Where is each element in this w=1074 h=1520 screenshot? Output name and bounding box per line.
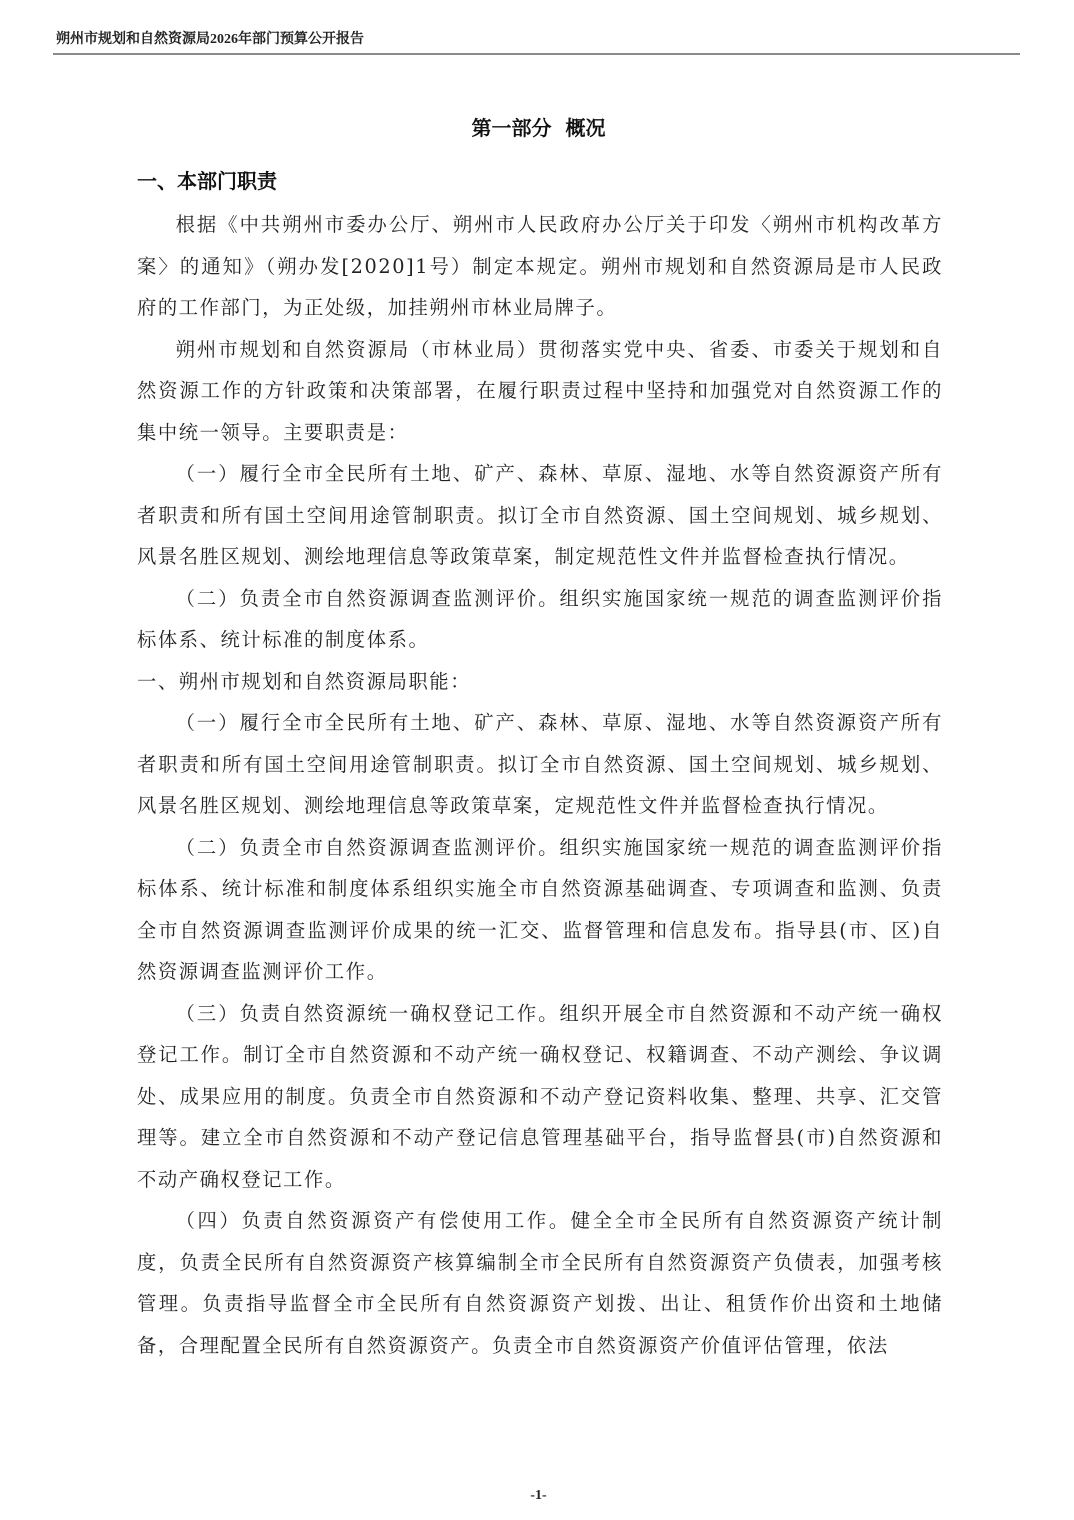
paragraph: 朔州市规划和自然资源局（市林业局）贯彻落实党中央、省委、市委关于规划和自然资源工… [137, 329, 943, 454]
section-heading: 一、本部门职责 [137, 167, 277, 195]
paragraph: （一）履行全市全民所有土地、矿产、森林、草原、湿地、水等自然资源资产所有者职责和… [137, 702, 943, 827]
paragraph: （二）负责全市自然资源调查监测评价。组织实施国家统一规范的调查监测评价指标体系、… [137, 578, 943, 661]
paragraph: （三）负责自然资源统一确权登记工作。组织开展全市自然资源和不动产统一确权登记工作… [137, 993, 943, 1201]
paragraph: 根据《中共朔州市委办公厅、朔州市人民政府办公厅关于印发〈朔州市机构改革方案〉的通… [137, 204, 943, 329]
paragraph: （四）负责自然资源资产有偿使用工作。健全全市全民所有自然资源资产统计制度，负责全… [137, 1200, 943, 1366]
subsection-heading: 一、朔州市规划和自然资源局职能： [137, 661, 943, 703]
part-title: 第一部分 概况 [0, 114, 1074, 142]
paragraph: （二）负责全市自然资源调查监测评价。组织实施国家统一规范的调查监测评价指标体系、… [137, 827, 943, 993]
running-header: 朔州市规划和自然资源局2026年部门预算公开报告 [53, 30, 1023, 50]
body-text: 根据《中共朔州市委办公厅、朔州市人民政府办公厅关于印发〈朔州市机构改革方案〉的通… [137, 204, 943, 1366]
page-number: -1- [0, 1488, 1074, 1504]
paragraph: （一）履行全市全民所有土地、矿产、森林、草原、湿地、水等自然资源资产所有者职责和… [137, 453, 943, 578]
header-divider [53, 53, 1020, 55]
